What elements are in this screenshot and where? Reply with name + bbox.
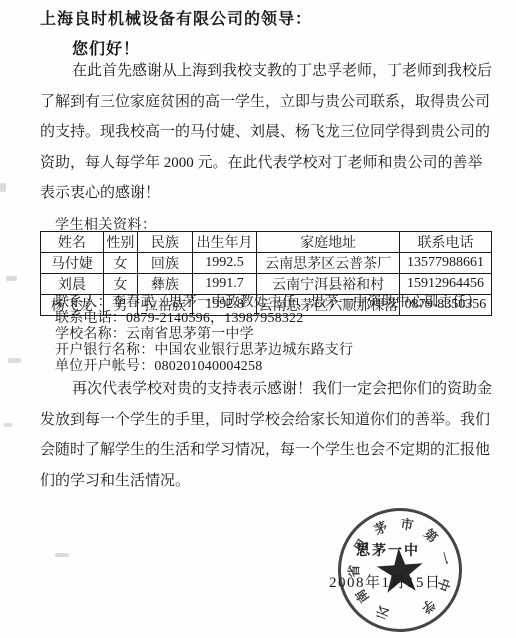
seal-ring-char: 南 xyxy=(350,586,373,608)
cell-address: 云南宁洱县裕和村 xyxy=(257,274,400,295)
header-birthdate: 出生年月 xyxy=(192,232,257,253)
cell-phone: 15912964456 xyxy=(399,274,491,295)
contact-info-block: 联系人：李春武（思茅一中政教处主任、思茅一中资助中心副主任） 联系电话：0879… xyxy=(55,295,481,375)
cell-sex: 女 xyxy=(103,253,137,274)
seal-ring-char: 一 xyxy=(435,549,457,566)
cell-birthdate: 1991.7 xyxy=(192,274,257,295)
scanned-letter-page: 上海良时机械设备有限公司的领导： 您们好！ 在此首先感谢从上海到我校支教的丁忠孚… xyxy=(0,0,516,638)
cell-name: 刘晨 xyxy=(41,274,104,295)
paragraph-line: 资助，每人每学年 2000 元。在此代表学校对丁老师和贵公司的善举 xyxy=(40,148,500,179)
contact-phone-line: 联系电话：0879-2140596，13987958322 xyxy=(55,311,481,327)
paragraph-1: 在此首先感谢从上海到我校支教的丁忠孚老师，丁老师到我校后 了解到有三位家庭贫困的… xyxy=(40,56,500,209)
paragraph-line: 表示衷心的感谢！ xyxy=(40,178,500,209)
paragraph-line: 在此首先感谢从上海到我校支教的丁忠孚老师，丁老师到我校后 xyxy=(40,56,500,87)
paragraph-line: 了解到有三位家庭贫困的高一学生，立即与贵公司联系，取得贵公司 xyxy=(40,87,500,118)
cell-sex: 女 xyxy=(103,274,137,295)
table-row: 刘晨 女 彝族 1991.7 云南宁洱县裕和村 15912964456 xyxy=(41,274,492,295)
cell-ethnicity: 回族 xyxy=(138,253,193,274)
paragraph-line: 们的学习和生活情况。 xyxy=(40,466,500,497)
cell-name: 马付婕 xyxy=(41,253,104,274)
seal-ring-char: 茅 xyxy=(371,516,391,539)
header-phone: 联系电话 xyxy=(399,232,491,253)
paragraph-line: 的支持。现我校高一的马付婕、刘晨、杨飞龙三位同学得到贵公司的 xyxy=(40,117,500,148)
recipient-line: 上海良时机械设备有限公司的领导： xyxy=(40,6,312,29)
scan-artifact xyxy=(0,183,6,192)
cell-address: 云南思茅区云普茶厂 xyxy=(257,253,400,274)
cell-phone: 13577988661 xyxy=(399,253,491,274)
scan-artifact xyxy=(55,553,69,557)
seal-ring-char: 省 xyxy=(343,564,362,577)
bank-account-line: 单位开户帐号：080201040004258 xyxy=(55,359,481,375)
contact-person-line: 联系人：李春武（思茅一中政教处主任、思茅一中资助中心副主任） xyxy=(55,295,481,311)
cell-ethnicity: 彝族 xyxy=(138,274,193,295)
school-seal-stamp: 云南省思茅市第一中学 ★ xyxy=(330,500,470,638)
paragraph-2: 再次代表学校对贵的支持表示感谢！我们一定会把你们的资助金 发放到每一个学生的手里… xyxy=(40,374,500,496)
seal-ring-char: 中 xyxy=(433,576,455,594)
cell-birthdate: 1992.5 xyxy=(192,253,257,274)
scan-artifact xyxy=(4,423,12,427)
paragraph-line: 发放到每一个学生的手里，同时学校会给家长知道你们的善举。我们 xyxy=(40,405,500,436)
school-name-line: 学校名称：云南省思茅第一中学 xyxy=(55,327,481,343)
header-ethnicity: 民族 xyxy=(138,232,193,253)
paragraph-line: 再次代表学校对贵的支持表示感谢！我们一定会把你们的资助金 xyxy=(40,374,500,405)
seal-ring-text: 云南省思茅市第一中学 xyxy=(333,503,450,519)
paragraph-line: 会随时了解学生的生活和学习情况，每一个学生也会不定期的汇报他 xyxy=(40,435,500,466)
header-address: 家庭地址 xyxy=(257,232,400,253)
seal-ring-char: 市 xyxy=(399,513,415,534)
scan-artifact xyxy=(6,276,17,281)
table-row: 马付婕 女 回族 1992.5 云南思茅区云普茶厂 13577988661 xyxy=(41,253,492,274)
seal-ring-char: 思 xyxy=(349,535,372,556)
star-icon: ★ xyxy=(371,539,429,603)
header-name: 姓名 xyxy=(41,232,104,253)
table-header-row: 姓名 性别 民族 出生年月 家庭地址 联系电话 xyxy=(41,232,492,253)
header-sex: 性别 xyxy=(103,232,137,253)
bank-name-line: 开户银行名称：中国农业银行思茅边城东路支行 xyxy=(55,343,481,359)
scan-artifact xyxy=(8,358,21,363)
